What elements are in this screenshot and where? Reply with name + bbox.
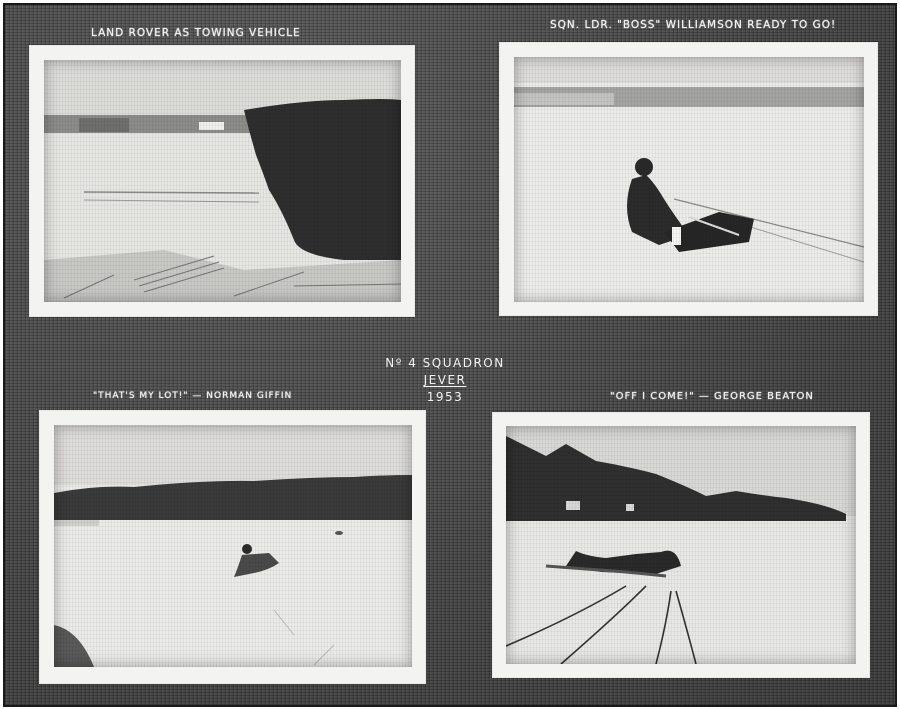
caption-george-beaton: "Off I come!" — George Beaton [610, 391, 814, 402]
photo-land-rover-towing [30, 46, 414, 316]
caption-land-rover: Land Rover as Towing Vehicle [91, 27, 301, 39]
photo-image [54, 425, 412, 667]
title-location: Jever [365, 372, 525, 389]
title-squadron: Nº 4 Squadron [365, 355, 525, 372]
album-page: Land Rover as Towing Vehicle Sqn. Ldr. "… [3, 3, 897, 707]
album-page-title: Nº 4 Squadron Jever 1953 [365, 355, 525, 406]
caption-norman-giffin: "That's my lot!" — Norman Giffin [93, 391, 292, 401]
photo-image [44, 60, 401, 302]
photo-boss-williamson [500, 43, 877, 315]
photo-george-beaton [493, 413, 869, 677]
caption-boss-williamson: Sqn. Ldr. "Boss" Williamson ready to go! [550, 19, 836, 31]
title-year: 1953 [365, 389, 525, 406]
photo-norman-giffin [40, 411, 425, 683]
photo-image [506, 426, 856, 664]
photo-image [514, 57, 864, 302]
